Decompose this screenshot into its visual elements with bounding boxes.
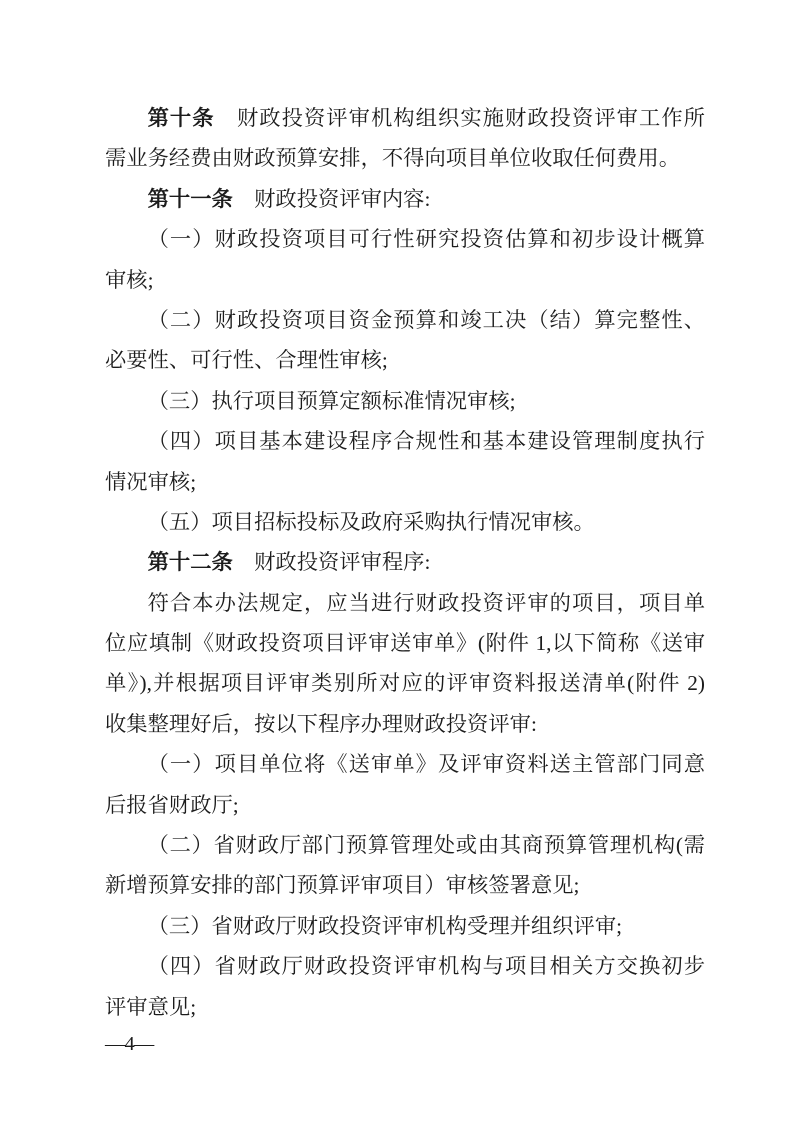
doc-line: 收集整理好后，按以下程序办理财政投资评审: (105, 704, 705, 744)
doc-line: 必要性、可行性、合理性审核; (105, 340, 705, 380)
line-text: 财政投资评审内容: (233, 187, 431, 211)
doc-line: （二）财政投资项目资金预算和竣工决（结）算完整性、 (105, 300, 705, 340)
doc-line: 情况审核; (105, 462, 705, 502)
document-body: 第十条 财政投资评审机构组织实施财政投资评审工作所 需业务经费由财政预算安排，不… (105, 98, 705, 1027)
doc-line: 后报省财政厅; (105, 785, 705, 825)
doc-line: 新增预算安排的部门预算评审项目）审核签署意见; (105, 865, 705, 905)
doc-line: 单》),并根据项目评审类别所对应的评审资料报送清单(附件 2) (105, 663, 705, 703)
doc-line: （二）省财政厅部门预算管理处或由其商预算管理机构(需 (105, 825, 705, 865)
article-number: 第十一条 (148, 187, 233, 211)
doc-line: 审核; (105, 260, 705, 300)
doc-line: 位应填制《财政投资项目评审送审单》(附件 1,以下简称《送审 (105, 623, 705, 663)
doc-line: （三）执行项目预算定额标准情况审核; (105, 381, 705, 421)
doc-line-article-10-heading: 第十条 财政投资评审机构组织实施财政投资评审工作所 (105, 98, 705, 138)
article-number: 第十二条 (148, 550, 233, 574)
doc-line: （四）省财政厅财政投资评审机构与项目相关方交换初步 (105, 946, 705, 986)
page-number: —4— (105, 1031, 153, 1057)
doc-line: 需业务经费由财政预算安排，不得向项目单位收取任何费用。 (105, 138, 705, 178)
doc-line: （一）财政投资项目可行性研究投资估算和初步设计概算 (105, 219, 705, 259)
doc-line: （四）项目基本建设程序合规性和基本建设管理制度执行 (105, 421, 705, 461)
doc-line-article-12-heading: 第十二条 财政投资评审程序: (105, 542, 705, 582)
line-text: 财政投资评审程序: (233, 550, 431, 574)
doc-line-article-11-heading: 第十一条 财政投资评审内容: (105, 179, 705, 219)
doc-line: （一）项目单位将《送审单》及评审资料送主管部门同意 (105, 744, 705, 784)
line-text: 财政投资评审机构组织实施财政投资评审工作所 (215, 106, 705, 130)
doc-line: （三）省财政厅财政投资评审机构受理并组织评审; (105, 906, 705, 946)
document-page: 第十条 财政投资评审机构组织实施财政投资评审工作所 需业务经费由财政预算安排，不… (0, 0, 793, 1122)
doc-line: （五）项目招标投标及政府采购执行情况审核。 (105, 502, 705, 542)
doc-line: 符合本办法规定，应当进行财政投资评审的项目，项目单 (105, 583, 705, 623)
article-number: 第十条 (148, 106, 215, 130)
doc-line: 评审意见; (105, 987, 705, 1027)
